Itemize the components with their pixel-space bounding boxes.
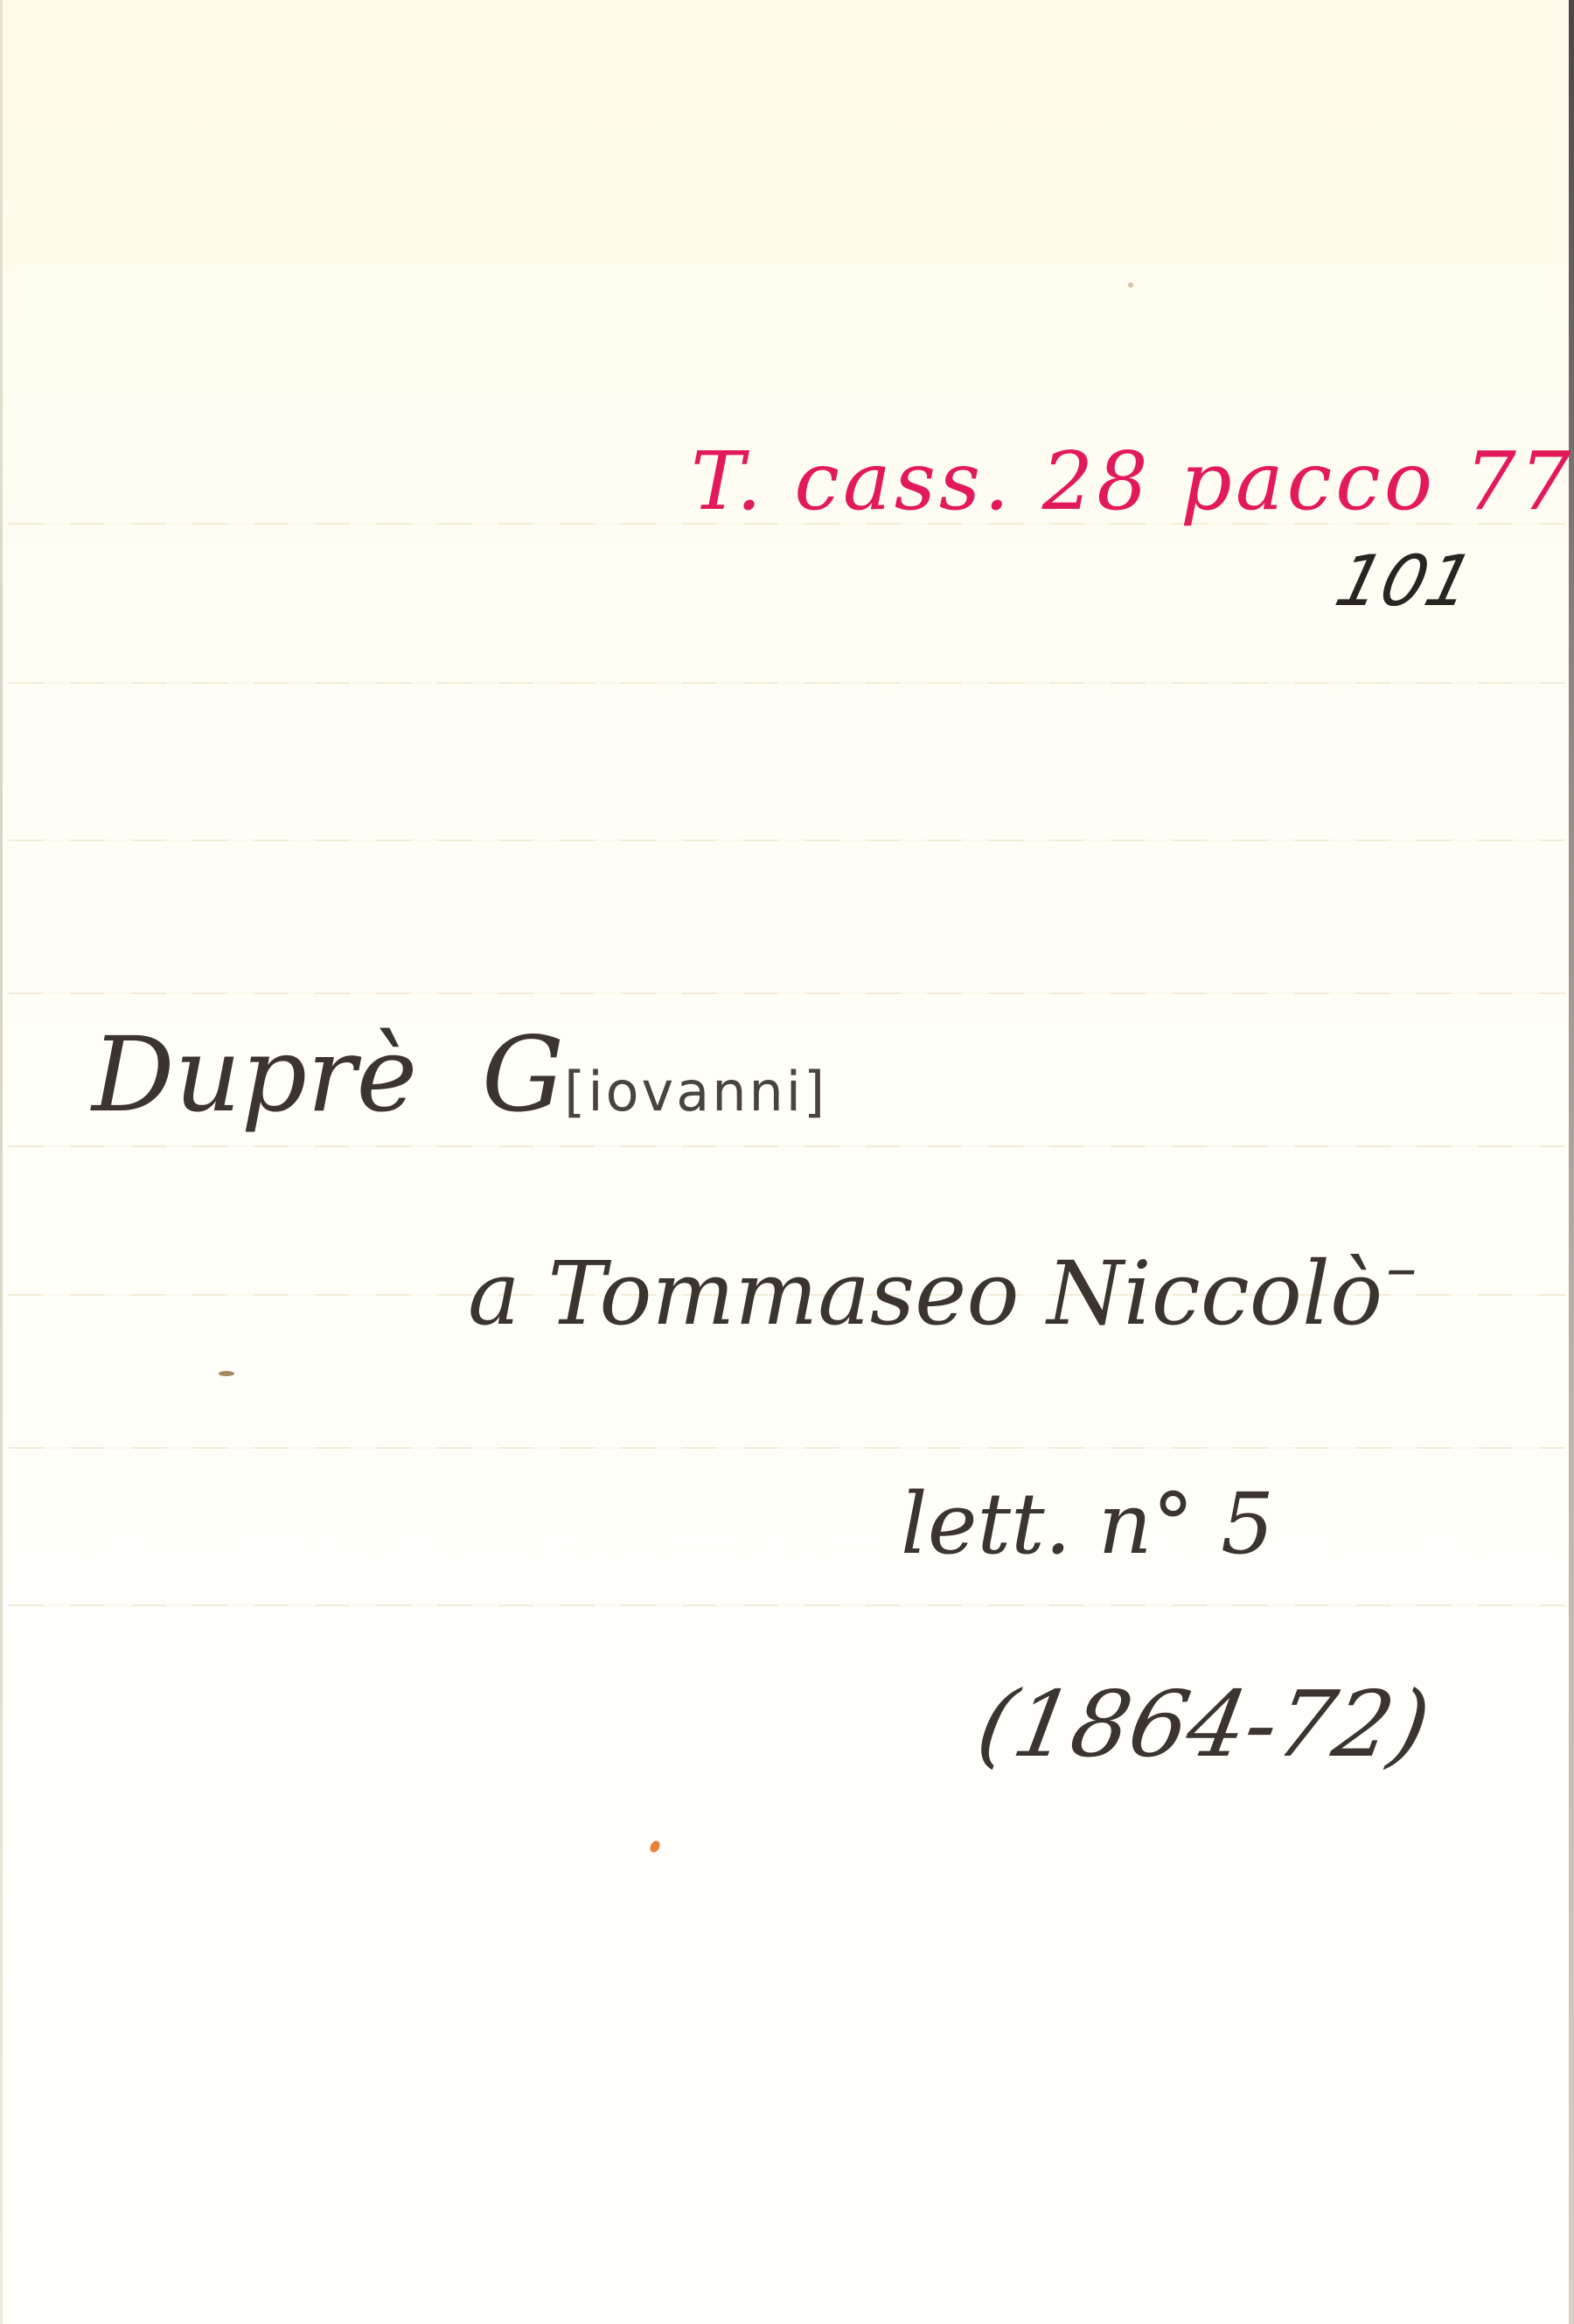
recipient: a Tommaseo Niccolò — [468, 1242, 1382, 1345]
author-initial: G — [482, 1014, 564, 1135]
ruled-line — [9, 682, 1565, 684]
ink-speck — [648, 1839, 662, 1854]
recipient-line: a Tommaseo Niccolò– — [468, 1237, 1417, 1338]
dash-mark: – — [1386, 1232, 1417, 1304]
author-surname: Duprè — [92, 1014, 417, 1135]
letters-count: lett. n° 5 — [901, 1482, 1274, 1566]
ruled-line — [9, 1447, 1565, 1449]
ink-speck — [1128, 282, 1133, 288]
ruled-line — [9, 839, 1565, 841]
index-card: T. cass. 28 pacco 77 101 Duprè G[iovanni… — [0, 0, 1574, 2324]
ruled-line — [9, 992, 1565, 994]
date-range: (1864-72) — [972, 1679, 1437, 1770]
author-line: Duprè G[iovanni] — [92, 1023, 827, 1126]
item-number: 101 — [1329, 546, 1480, 616]
ink-speck — [219, 1371, 234, 1376]
card-left-edge — [0, 0, 3, 2324]
author-forename-expansion: [iovanni] — [564, 1060, 827, 1124]
ruled-line — [9, 1604, 1565, 1606]
card-right-edge — [1569, 0, 1574, 2324]
ruled-line — [9, 1145, 1565, 1147]
shelfmark: T. cass. 28 pacco 77 — [691, 442, 1574, 522]
